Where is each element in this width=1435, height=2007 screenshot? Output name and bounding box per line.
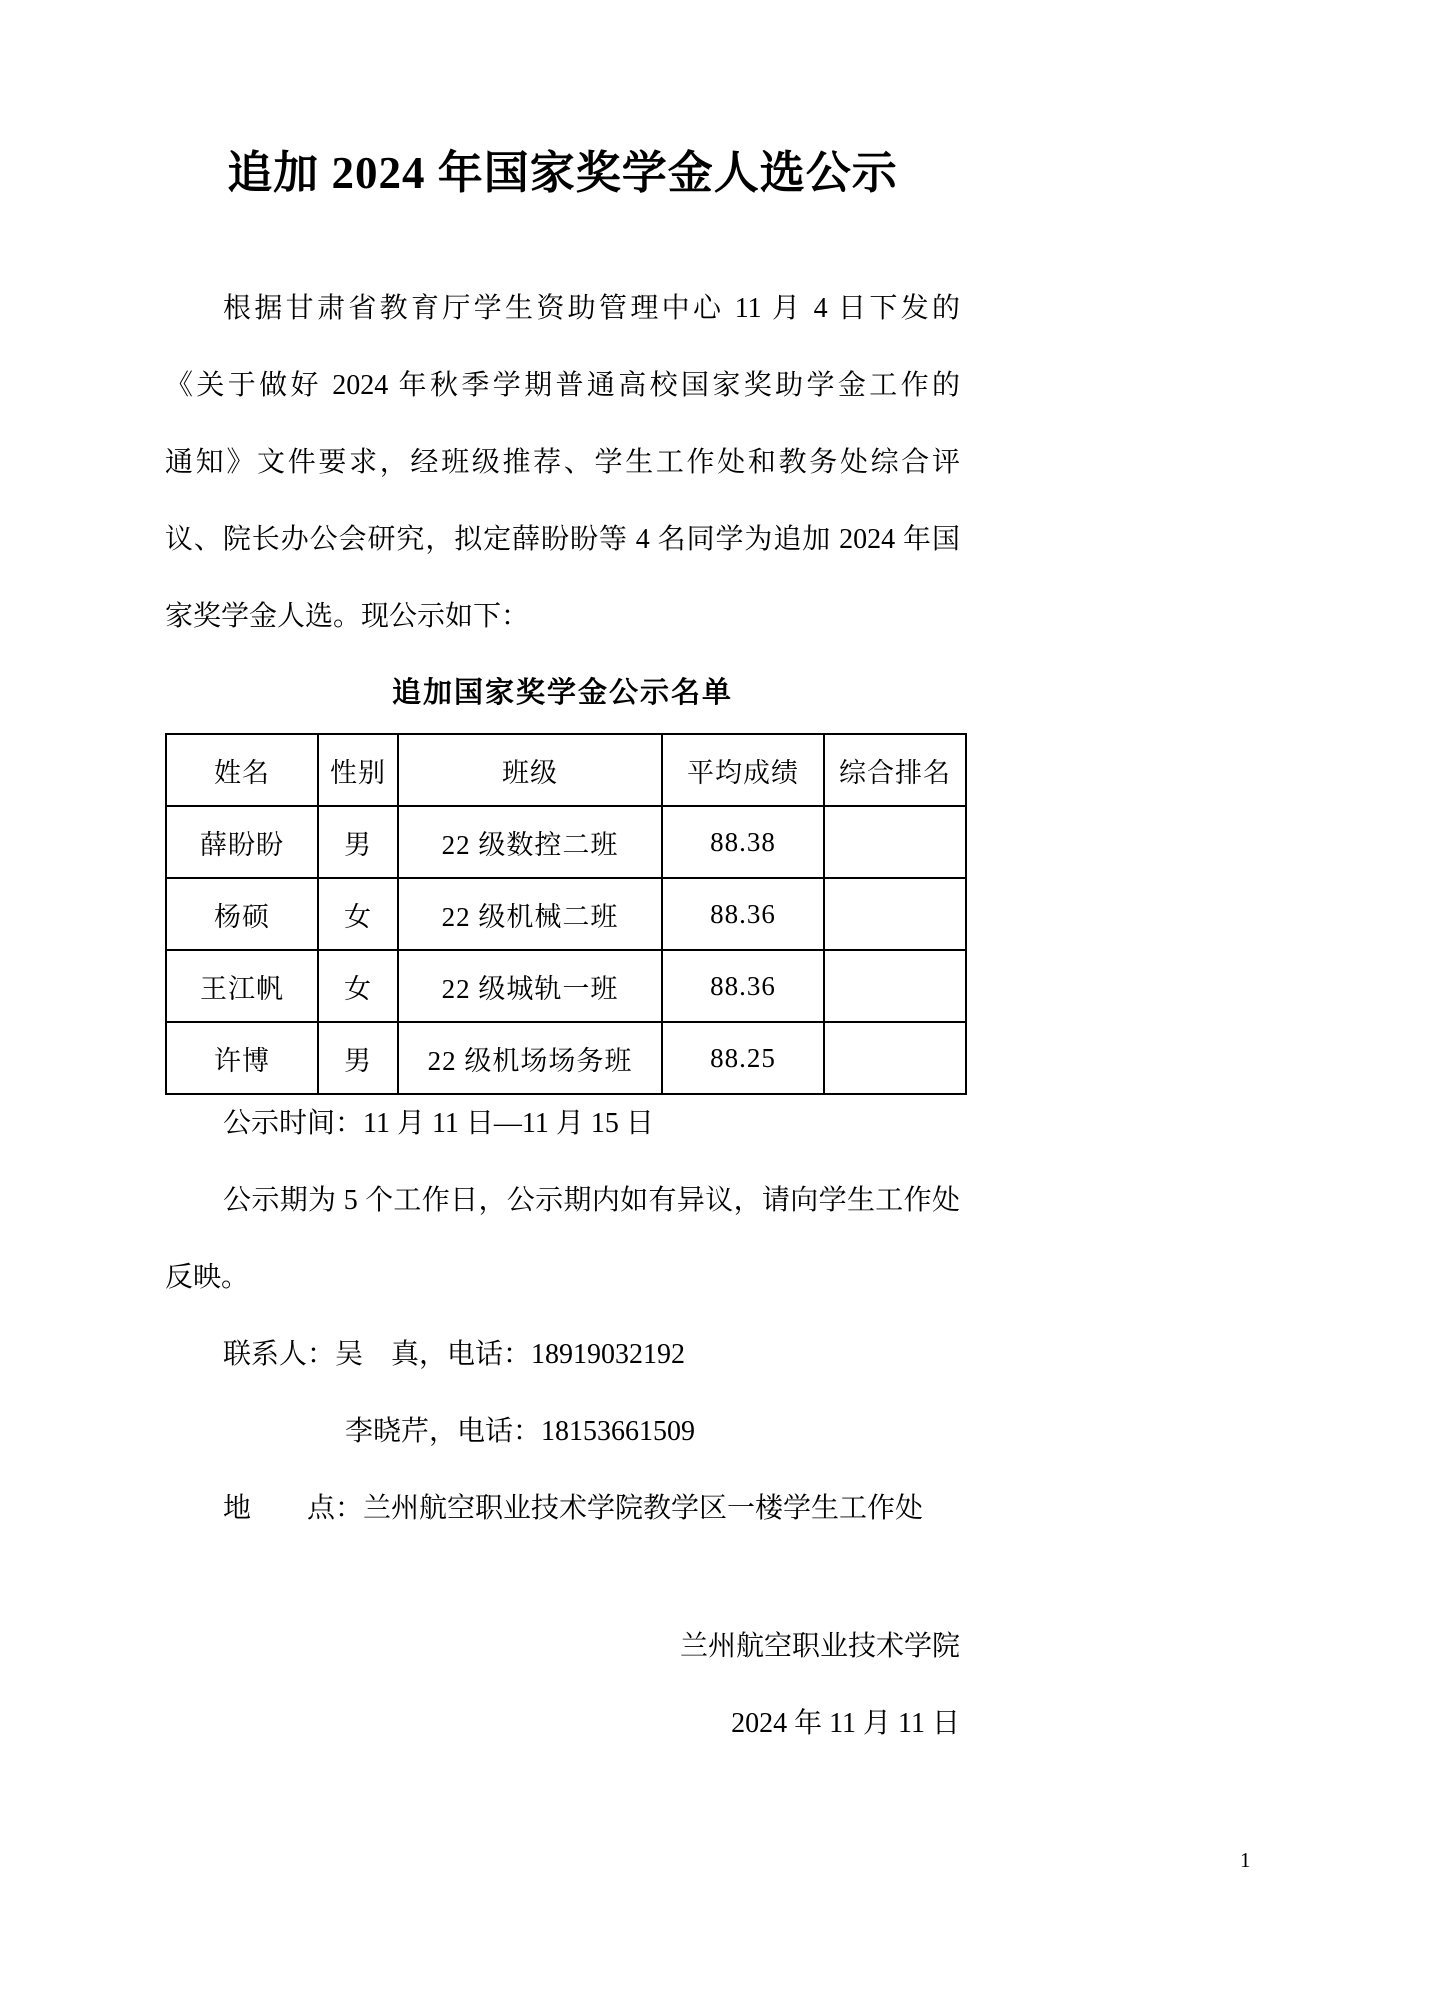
table-cell-class: 22 级数控二班 xyxy=(398,806,662,878)
page-number: 1 xyxy=(1240,1848,1251,1873)
table-cell-name: 杨硕 xyxy=(166,878,318,950)
body-line: 根据甘肃省教育厅学生资助管理中心 11 月 4 日下发的 xyxy=(165,270,960,347)
table-cell-name: 薛盼盼 xyxy=(166,806,318,878)
table-header-cell: 综合排名 xyxy=(824,734,966,806)
signature-date: 2024 年 11 月 11 日 xyxy=(165,1685,960,1762)
table-cell-rank xyxy=(824,878,966,950)
table-header-cell: 姓名 xyxy=(166,734,318,806)
table-cell-score: 88.38 xyxy=(662,806,824,878)
intro-paragraph: 根据甘肃省教育厅学生资助管理中心 11 月 4 日下发的 《关于做好 2024 … xyxy=(165,270,960,655)
body-line: 通知》文件要求，经班级推荐、学生工作处和教务处综合评 xyxy=(165,424,960,501)
signature-org: 兰州航空职业技术学院 xyxy=(165,1608,960,1685)
table-cell-class: 22 级机械二班 xyxy=(398,878,662,950)
table-cell-name: 许博 xyxy=(166,1022,318,1094)
table-cell-rank xyxy=(824,950,966,1022)
table-header-cell: 平均成绩 xyxy=(662,734,824,806)
table-header-cell: 性别 xyxy=(318,734,398,806)
table-cell-name: 王江帆 xyxy=(166,950,318,1022)
table-cell-sex: 女 xyxy=(318,950,398,1022)
table-header-cell: 班级 xyxy=(398,734,662,806)
location-line: 地 点：兰州航空职业技术学院教学区一楼学生工作处 xyxy=(165,1470,960,1547)
body-line: 议、院长办公会研究，拟定薛盼盼等 4 名同学为追加 2024 年国 xyxy=(165,501,960,578)
notice-period-paragraph: 公示期为 5 个工作日，公示期内如有异议，请向学生工作处 反映。 xyxy=(165,1162,960,1316)
table-caption: 追加国家奖学金公示名单 xyxy=(165,655,960,732)
table-header-row: 姓名 性别 班级 平均成绩 综合排名 xyxy=(166,734,966,806)
table-cell-sex: 男 xyxy=(318,806,398,878)
table-row: 王江帆 女 22 级城轨一班 88.36 xyxy=(166,950,966,1022)
body-line: 《关于做好 2024 年秋季学期普通高校国家奖助学金工作的 xyxy=(165,347,960,424)
table-cell-score: 88.36 xyxy=(662,878,824,950)
body-line: 公示期为 5 个工作日，公示期内如有异议，请向学生工作处 xyxy=(165,1162,960,1239)
table-row: 杨硕 女 22 级机械二班 88.36 xyxy=(166,878,966,950)
document-page: 追加 2024 年国家奖学金人选公示 根据甘肃省教育厅学生资助管理中心 11 月… xyxy=(0,0,1435,2007)
body-line: 反映。 xyxy=(165,1239,960,1316)
table-cell-sex: 女 xyxy=(318,878,398,950)
table-row: 薛盼盼 男 22 级数控二班 88.38 xyxy=(166,806,966,878)
contact-line-1: 联系人：吴 真，电话：18919032192 xyxy=(165,1316,960,1393)
page-title: 追加 2024 年国家奖学金人选公示 xyxy=(165,138,960,208)
contact-line-2: 李晓芹，电话：18153661509 xyxy=(345,1393,1140,1470)
notice-time-line: 公示时间：11 月 11 日—11 月 15 日 xyxy=(165,1085,960,1162)
table-cell-score: 88.25 xyxy=(662,1022,824,1094)
scholarship-table: 姓名 性别 班级 平均成绩 综合排名 薛盼盼 男 22 级数控二班 88.38 … xyxy=(165,733,967,1095)
table-row: 许博 男 22 级机场场务班 88.25 xyxy=(166,1022,966,1094)
table-cell-score: 88.36 xyxy=(662,950,824,1022)
body-line: 家奖学金人选。现公示如下： xyxy=(165,578,960,655)
table-cell-sex: 男 xyxy=(318,1022,398,1094)
table-cell-class: 22 级城轨一班 xyxy=(398,950,662,1022)
table-cell-rank xyxy=(824,1022,966,1094)
table-cell-class: 22 级机场场务班 xyxy=(398,1022,662,1094)
table-cell-rank xyxy=(824,806,966,878)
